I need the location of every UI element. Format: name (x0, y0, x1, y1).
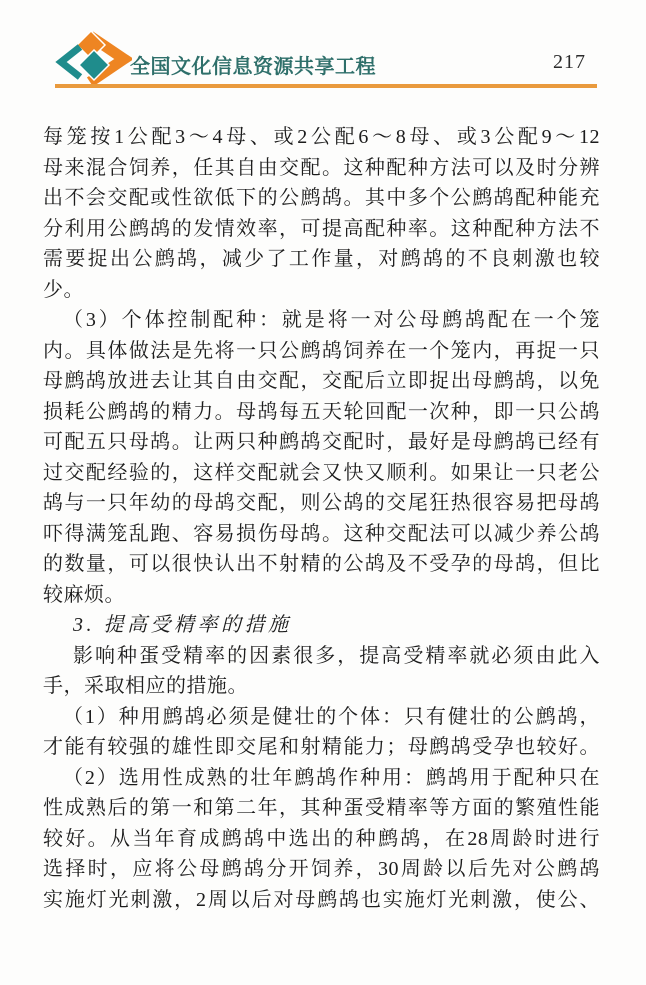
body-line: 较麻烦。 (43, 580, 600, 611)
body-line: 内。具体做法是先将一只公鹧鸪饲养在一个笼内，再捉一只 (43, 336, 600, 367)
body-line: 吓得满笼乱跑、容易损伤母鸪。这种交配法可以减少养公鸪 (43, 519, 600, 550)
paragraph: 每笼按1公配3～4母、或2公配6～8母、或3公配9～12母来混合饲养，任其自由交… (43, 122, 600, 305)
body-line: 性成熟后的第一和第二年，其种蛋受精率等方面的繁殖性能 (43, 793, 600, 824)
body-line: 出不会交配或性欲低下的公鹧鸪。其中多个公鹧鸪配种能充 (43, 183, 600, 214)
body-line: 的数量，可以很快认出不射精的公鸪及不受孕的母鸪，但比 (43, 549, 600, 580)
paragraph: 影响种蛋受精率的因素很多，提高受精率就必须由此入手，采取相应的措施。 (43, 641, 600, 702)
body-line: 母来混合饲养，任其自由交配。这种配种方法可以及时分辨 (43, 153, 600, 184)
paragraph: （3）个体控制配种：就是将一对公母鹧鸪配在一个笼内。具体做法是先将一只公鹧鸪饲养… (43, 305, 600, 610)
body-line: 鸪与一只年幼的母鸪交配，则公鸪的交尾狂热很容易把母鸪 (43, 488, 600, 519)
body-line: 3. 提高受精率的措施 (43, 610, 600, 641)
body-line: 每笼按1公配3～4母、或2公配6～8母、或3公配9～12 (43, 122, 600, 153)
body-line: 少。 (43, 275, 600, 306)
body-line: （1）种用鹧鸪必须是健壮的个体：只有健壮的公鹧鸪， (43, 702, 600, 733)
body-line: 才能有较强的雄性即交尾和射精能力；母鹧鸪受孕也较好。 (43, 732, 600, 763)
body-text: 每笼按1公配3～4母、或2公配6～8母、或3公配9～12母来混合饲养，任其自由交… (43, 122, 600, 915)
paragraph: （1）种用鹧鸪必须是健壮的个体：只有健壮的公鹧鸪，才能有较强的雄性即交尾和射精能… (43, 702, 600, 763)
header-rule (55, 84, 597, 88)
body-line: 过交配经验的，这样交配就会又快又顺利。如果让一只老公 (43, 458, 600, 489)
body-line: 需要捉出公鹧鸪，减少了工作量，对鹧鸪的不良刺激也较 (43, 244, 600, 275)
paragraph: （2）选用性成熟的壮年鹧鸪作种用：鹧鸪用于配种只在性成熟后的第一和第二年，其种蛋… (43, 763, 600, 916)
body-line: 选择时，应将公母鹧鸪分开饲养，30周龄以后先对公鹧鸪 (43, 854, 600, 885)
body-line: 手，采取相应的措施。 (43, 671, 600, 702)
section-heading: 3. 提高受精率的措施 (43, 610, 600, 641)
body-line: 影响种蛋受精率的因素很多，提高受精率就必须由此入 (43, 641, 600, 672)
document-page: 全国文化信息资源共享工程 217 每笼按1公配3～4母、或2公配6～8母、或3公… (0, 0, 646, 985)
page-number: 217 (553, 51, 586, 74)
brand-title: 全国文化信息资源共享工程 (130, 50, 376, 79)
body-line: 实施灯光刺激，2周以后对母鹧鸪也实施灯光刺激，使公、 (43, 885, 600, 916)
body-line: 较好。从当年育成鹧鸪中选出的种鹧鸪，在28周龄时进行 (43, 824, 600, 855)
body-line: 可配五只母鸪。让两只种鹧鸪交配时，最好是母鹧鸪已经有 (43, 427, 600, 458)
body-line: 母鹧鸪放进去让其自由交配，交配后立即捉出母鹧鸪，以免 (43, 366, 600, 397)
csip-logo-icon (54, 28, 132, 86)
body-line: 损耗公鹧鸪的精力。母鸪每五天轮回配一次种，即一只公鸪 (43, 397, 600, 428)
body-line: （3）个体控制配种：就是将一对公母鹧鸪配在一个笼 (43, 305, 600, 336)
body-line: （2）选用性成熟的壮年鹧鸪作种用：鹧鸪用于配种只在 (43, 763, 600, 794)
body-line: 分利用公鹧鸪的发情效率，可提高配种率。这种配种方法不 (43, 214, 600, 245)
